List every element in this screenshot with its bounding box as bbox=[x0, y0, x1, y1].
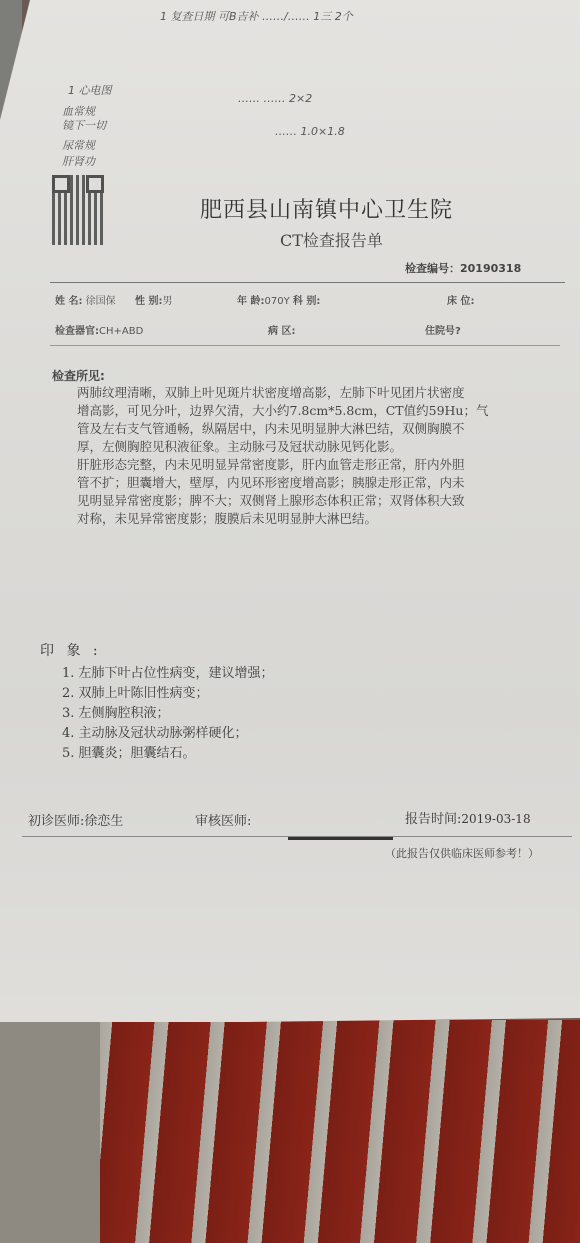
handwritten-note-right-2: …… 1.0×1.8 bbox=[275, 125, 345, 138]
impression-item: 5. 胆囊炎；胆囊结石。 bbox=[62, 744, 274, 764]
handwritten-note-left-3: 镜下一切 bbox=[62, 117, 106, 133]
handwritten-note-left-1: 1 心电图 bbox=[68, 82, 112, 98]
impression-item: 2. 双肺上叶陈旧性病变； bbox=[62, 684, 274, 704]
handwritten-note-left-5: 肝肾功 bbox=[62, 153, 95, 169]
ward-field: 病 区: bbox=[268, 322, 295, 337]
report-time-field: 报告时间:2019-03-18 bbox=[405, 808, 531, 827]
reviewer-field: 审核医师: bbox=[195, 810, 251, 829]
bed-label: 床 位: bbox=[447, 296, 474, 307]
findings-line: 对称，未见异常密度影；腹膜后未见明显肿大淋巴结。 bbox=[77, 510, 567, 528]
findings-title: 检查所见: bbox=[52, 367, 105, 384]
handwritten-note-right-1: …… …… 2×2 bbox=[238, 92, 312, 105]
impression-list: 1. 左肺下叶占位性病变，建议增强； 2. 双肺上叶陈旧性病变； 3. 左侧胸腔… bbox=[62, 664, 274, 764]
ward-label: 病 区: bbox=[268, 326, 295, 337]
disclaimer: （此报告仅供临床医师参考！） bbox=[385, 845, 539, 861]
impression-item: 4. 主动脉及冠状动脉粥样硬化； bbox=[62, 724, 274, 744]
ct-report-sheet: 1 复查日期 可B吉补 ……/…… 1三 2个 1 心电图 血常规 镜下一切 尿… bbox=[0, 0, 580, 1022]
footer-accent-rule bbox=[288, 837, 393, 840]
inpatient-number-field: 住院号? bbox=[425, 322, 461, 337]
report-time-label: 报告时间: bbox=[405, 812, 461, 827]
exam-organ-field: 检查器官:CH+ABD bbox=[55, 322, 143, 337]
impression-title: 印 象 : bbox=[40, 640, 102, 660]
findings-text: 两肺纹理清晰，双肺上叶见斑片状密度增高影，左肺下叶见团片状密度 增高影，可见分叶… bbox=[77, 384, 567, 528]
patient-age: 070Y bbox=[264, 296, 289, 307]
patient-sex-field: 性 别:男 bbox=[135, 292, 172, 307]
exam-organ-label: 检查器官: bbox=[55, 326, 99, 337]
handwritten-note-left-4: 尿常规 bbox=[62, 137, 95, 153]
hospital-name: 肥西县山南镇中心卫生院 bbox=[200, 193, 453, 224]
qr-code[interactable] bbox=[52, 175, 104, 245]
exam-number: 检查编号：20190318 bbox=[405, 260, 521, 276]
patient-name-field: 姓 名: 徐国保 bbox=[55, 292, 116, 307]
patient-age-field: 年 龄:070Y 科 别: bbox=[237, 292, 320, 307]
reviewer-label: 审核医师: bbox=[195, 814, 251, 829]
findings-line: 增高影，可见分叶，边界欠清，大小约7.8cm*5.8cm，CT值约59Hu；气 bbox=[77, 402, 567, 420]
findings-line: 两肺纹理清晰，双肺上叶见斑片状密度增高影，左肺下叶见团片状密度 bbox=[77, 384, 567, 402]
age-label: 年 龄: bbox=[237, 296, 264, 307]
findings-line: 厚，左侧胸腔见积液征象。主动脉弓及冠状动脉见钙化影。 bbox=[77, 438, 567, 456]
patient-name: 徐国保 bbox=[86, 296, 116, 307]
floor-tile bbox=[0, 1020, 100, 1243]
report-time: 2019-03-18 bbox=[461, 812, 530, 826]
exam-number-value: 20190318 bbox=[460, 262, 521, 275]
name-label: 姓 名: bbox=[55, 296, 82, 307]
inpatient-no-label: 住院号? bbox=[425, 326, 461, 337]
handwritten-note-top: 1 复查日期 可B吉补 ……/…… 1三 2个 bbox=[160, 8, 353, 24]
initial-doctor-field: 初诊医师:徐恋生 bbox=[28, 810, 123, 829]
report-title: CT检查报告单 bbox=[280, 228, 383, 251]
initial-doctor: 徐恋生 bbox=[84, 814, 123, 829]
initial-doctor-label: 初诊医师: bbox=[28, 814, 84, 829]
findings-line: 管不扩；胆囊增大，壁厚，内见环形密度增高影；胰腺走形正常，内未 bbox=[77, 474, 567, 492]
patient-sex: 男 bbox=[162, 296, 172, 307]
impression-item: 1. 左肺下叶占位性病变，建议增强； bbox=[62, 664, 274, 684]
bed-field: 床 位: bbox=[447, 292, 474, 307]
department-label: 科 别: bbox=[293, 296, 320, 307]
findings-line: 管及左右支气管通畅，纵隔居中，内未见明显肿大淋巴结，双侧胸膜不 bbox=[77, 420, 567, 438]
info-divider bbox=[50, 345, 560, 346]
header-divider bbox=[50, 282, 565, 283]
impression-item: 3. 左侧胸腔积液； bbox=[62, 704, 274, 724]
findings-line: 见明显异常密度影；脾不大；双侧肾上腺形态体积正常；双肾体积大致 bbox=[77, 492, 567, 510]
exam-number-label: 检查编号： bbox=[405, 262, 460, 275]
sex-label: 性 别: bbox=[135, 296, 162, 307]
findings-line: 肝脏形态完整，内未见明显异常密度影，肝内血管走形正常，肝内外胆 bbox=[77, 456, 567, 474]
exam-organ: CH+ABD bbox=[99, 326, 143, 337]
